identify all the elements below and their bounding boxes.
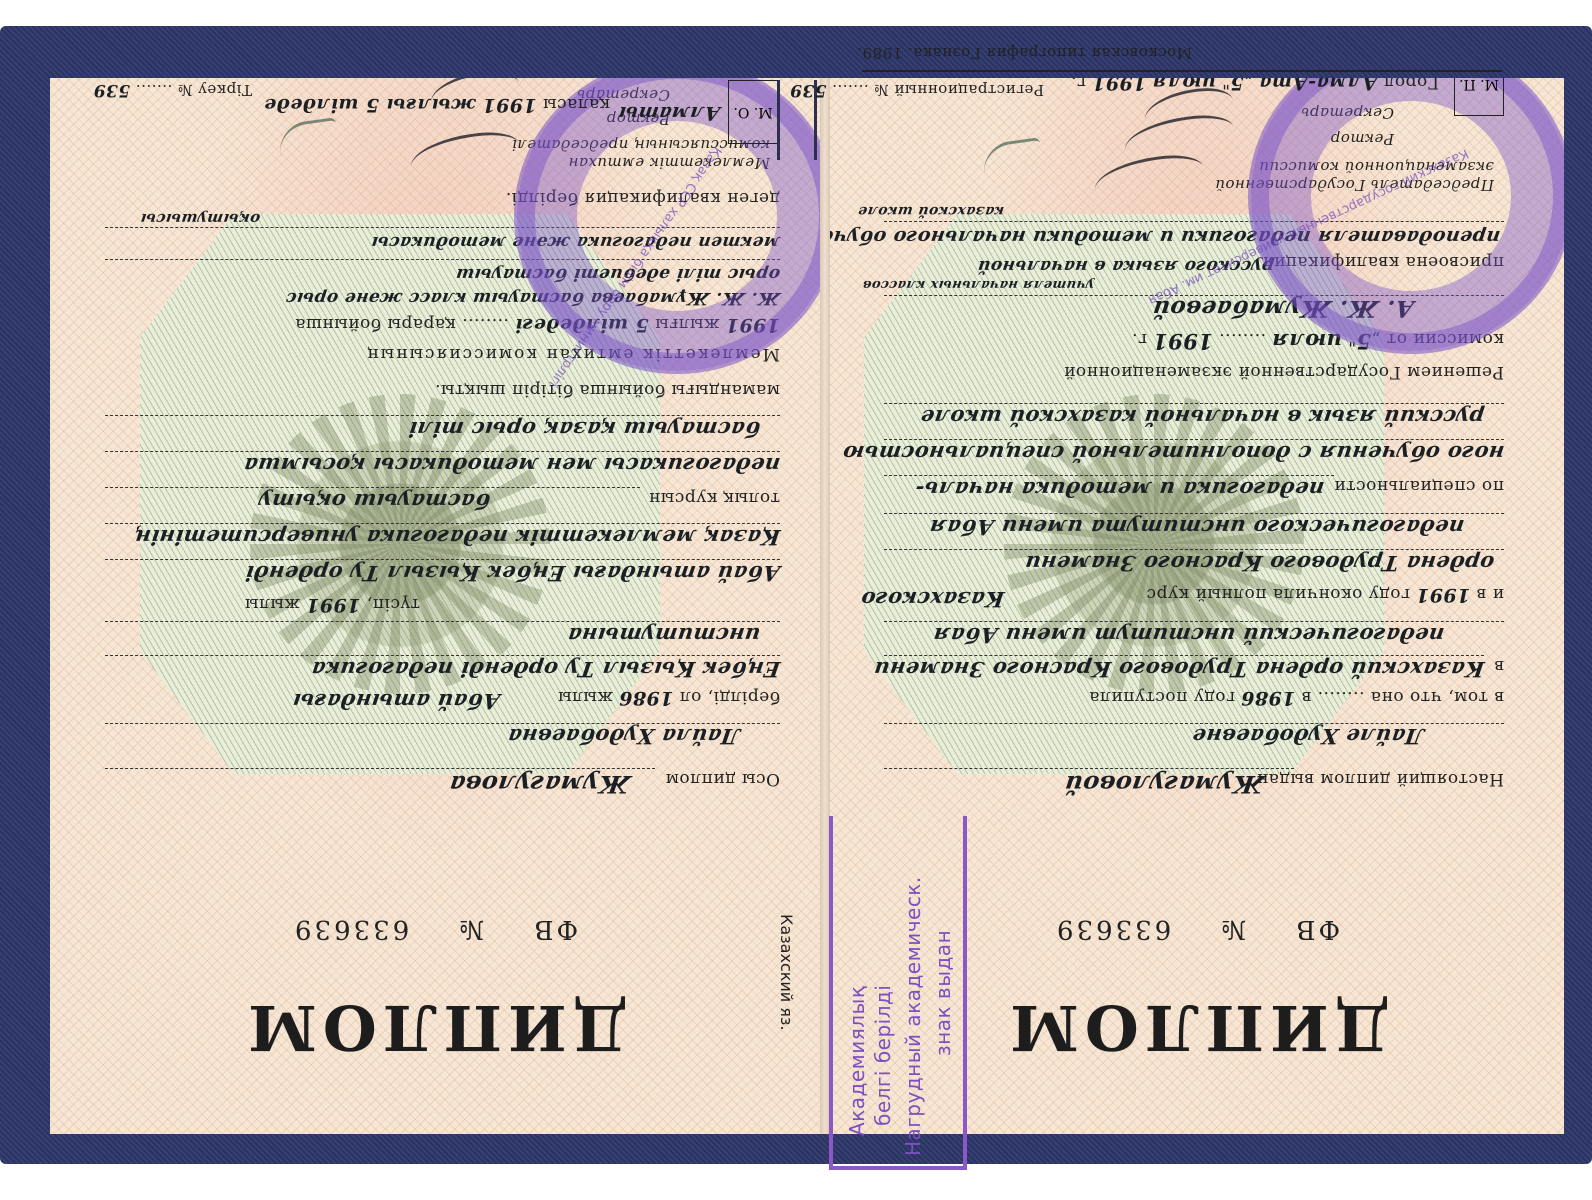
holder-surname: Жумагуловой	[1063, 770, 1266, 799]
specialty-line-1: педагогика и методика началь-	[913, 477, 1326, 502]
registration-left: Регистрационный № ....... 539	[790, 80, 1044, 100]
intro-text: Настоящий диплом выдан	[1256, 769, 1504, 789]
number-sign: №	[1218, 914, 1246, 944]
registration-right: Тіркеу № ....... 539	[93, 80, 252, 100]
chair-signature-green	[276, 117, 344, 188]
specialty-line-2: ного обучения с дополнительной специальн…	[841, 441, 1506, 466]
printer-line: Московская типография Гознака. 1989.	[857, 44, 1192, 62]
serial-number: ФВ № 633639	[50, 914, 820, 944]
city-date-line: Город Алма-Ата „5" июля 1991 г.	[1071, 78, 1439, 94]
graduated-line: түсіп, 1991 жылы	[245, 594, 421, 616]
issue-date-line: қаласы 1991 жылғы 5 шілдеде	[264, 94, 610, 116]
chair-signature	[408, 128, 523, 184]
diploma-title: ДИПЛОМ	[50, 991, 820, 1064]
holder-surname: Жумагулова	[447, 770, 632, 799]
language-edge-label: Казахский яз.	[777, 914, 796, 1031]
graduated-line: и в 1991 году окончила полный курс	[1146, 584, 1504, 606]
holder-name: Лайла Худобаевна	[506, 724, 742, 749]
enrolled-line: берілді, ол 1986 жылы	[558, 687, 780, 709]
series: ФВ	[1293, 914, 1340, 944]
chair-signature-green	[980, 137, 1048, 208]
specialty-line-3: русский язык в начальной казахской школе	[918, 405, 1485, 430]
institution-line-2: педагогический институт имени Абая	[931, 623, 1445, 648]
right-page-kazakh: ДИПЛОМ ФВ № 633639 Осы диплом Жумагулова…	[50, 78, 820, 1134]
enrolled-line: в том, что она ........ в 1986 году пост…	[1089, 687, 1504, 709]
diploma-scan: ДИПЛОМ ФВ № 633639 Настоящий диплом выда…	[0, 0, 1592, 1200]
academic-badge-stamp: Академиялық белгі берілді Нагрудный акад…	[829, 816, 967, 1170]
institution-line-1: Казахский ордена Трудового Красного Знам…	[872, 657, 1486, 682]
seal-place-box: М. О.	[728, 80, 778, 144]
seal-place-box: М. П.	[1454, 78, 1504, 116]
holder-name: Лайле Худобаевне	[1190, 724, 1425, 749]
number: 633639	[1054, 914, 1171, 944]
